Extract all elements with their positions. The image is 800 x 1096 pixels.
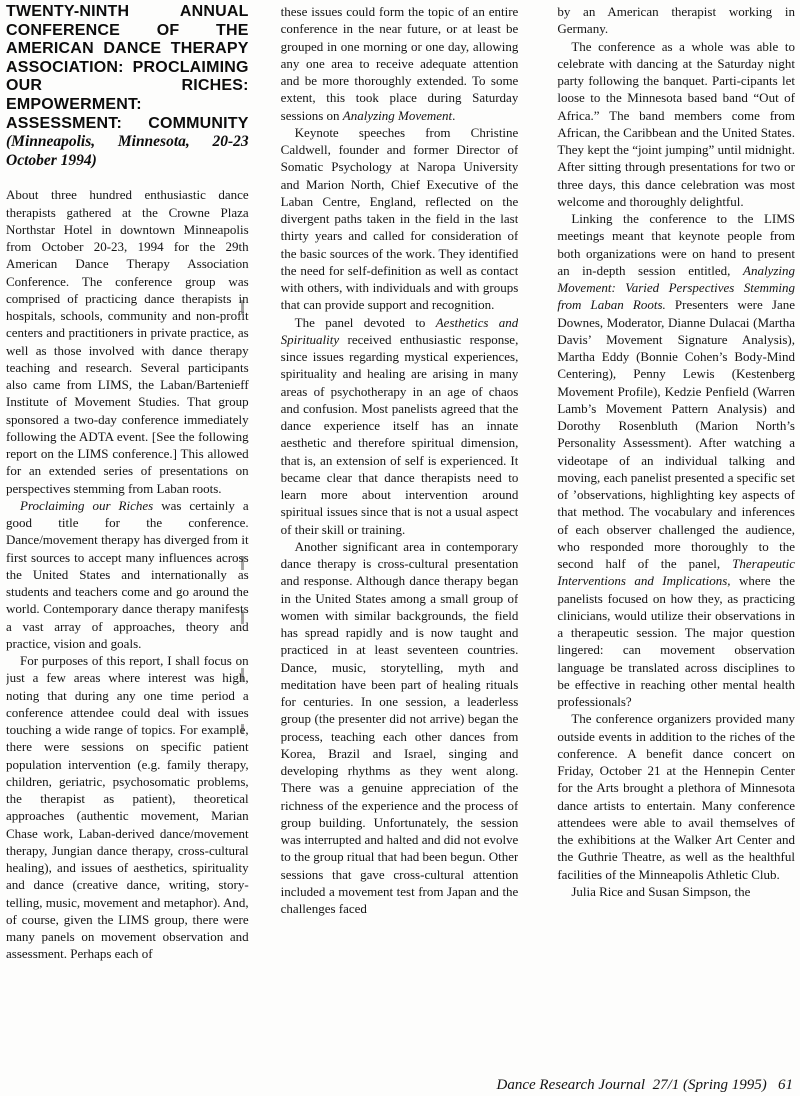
text-run: Julia Rice and Susan Simpson, the — [571, 884, 750, 899]
text-run: by an American therapist working in Germ… — [557, 4, 795, 36]
text-run: The conference as a whole was able to ce… — [557, 39, 795, 209]
paragraph: by an American therapist working in Germ… — [557, 3, 795, 38]
article-body: TWENTY-NINTH ANNUAL CONFERENCE OF THE AM… — [0, 0, 800, 963]
paragraph: The conference as a whole was able to ce… — [557, 38, 795, 211]
text-run: For purposes of this report, I shall foc… — [6, 653, 249, 961]
paragraph: The panel devoted to Aesthetics and Spir… — [281, 314, 519, 538]
text-run: Another significant area in contemporary… — [281, 539, 519, 916]
text-run: Presenters were Jane Downes, Moderator, … — [557, 297, 795, 571]
paragraph: Keynote speeches from Christine Caldwell… — [281, 124, 519, 314]
paragraph: The conference organizers provided many … — [557, 710, 795, 883]
italic-text-run: Proclaiming our Riches — [20, 498, 153, 513]
column-1-text: About three hundred enthusiastic dance t… — [6, 186, 249, 962]
article-title: TWENTY-NINTH ANNUAL CONFERENCE OF THE AM… — [6, 3, 249, 170]
text-run: these issues could form the topic of an … — [281, 4, 519, 123]
column-3: by an American therapist working in Germ… — [557, 3, 795, 900]
paragraph: these issues could form the topic of an … — [281, 3, 519, 124]
column-1: TWENTY-NINTH ANNUAL CONFERENCE OF THE AM… — [6, 3, 249, 963]
text-run: The conference organizers provided many … — [557, 711, 795, 881]
paragraph: Another significant area in contemporary… — [281, 538, 519, 918]
text-run: About three hundred enthusiastic dance t… — [6, 187, 249, 495]
article-title-venue: (Minneapolis, Minnesota, 20-23 October 1… — [6, 133, 249, 169]
text-run: received enthusiastic response, since is… — [281, 332, 519, 537]
text-run: where the panelists focused on how they,… — [557, 573, 795, 709]
paragraph: Linking the conference to the LIMS meeti… — [557, 210, 795, 710]
column-2: these issues could form the topic of an … — [281, 3, 519, 917]
column-2-text: these issues could form the topic of an … — [281, 3, 519, 917]
journal-footer: Dance Research Journal 27/1 (Spring 1995… — [497, 1077, 793, 1094]
paragraph: For purposes of this report, I shall foc… — [6, 652, 249, 963]
article-title-text: TWENTY-NINTH ANNUAL CONFERENCE OF THE AM… — [6, 3, 249, 132]
text-run: The panel devoted to — [295, 315, 436, 330]
text-run: . — [452, 108, 455, 123]
journal-page: TWENTY-NINTH ANNUAL CONFERENCE OF THE AM… — [0, 0, 800, 1096]
paragraph: Proclaiming our Riches was certainly a g… — [6, 497, 249, 652]
paragraph: Julia Rice and Susan Simpson, the — [557, 883, 795, 900]
text-run: was certainly a good title for the confe… — [6, 498, 249, 651]
text-run: Keynote speeches from Christine Caldwell… — [281, 125, 519, 313]
column-3-text: by an American therapist working in Germ… — [557, 3, 795, 900]
paragraph: About three hundred enthusiastic dance t… — [6, 186, 249, 497]
italic-text-run: Analyzing Movement — [343, 108, 452, 123]
